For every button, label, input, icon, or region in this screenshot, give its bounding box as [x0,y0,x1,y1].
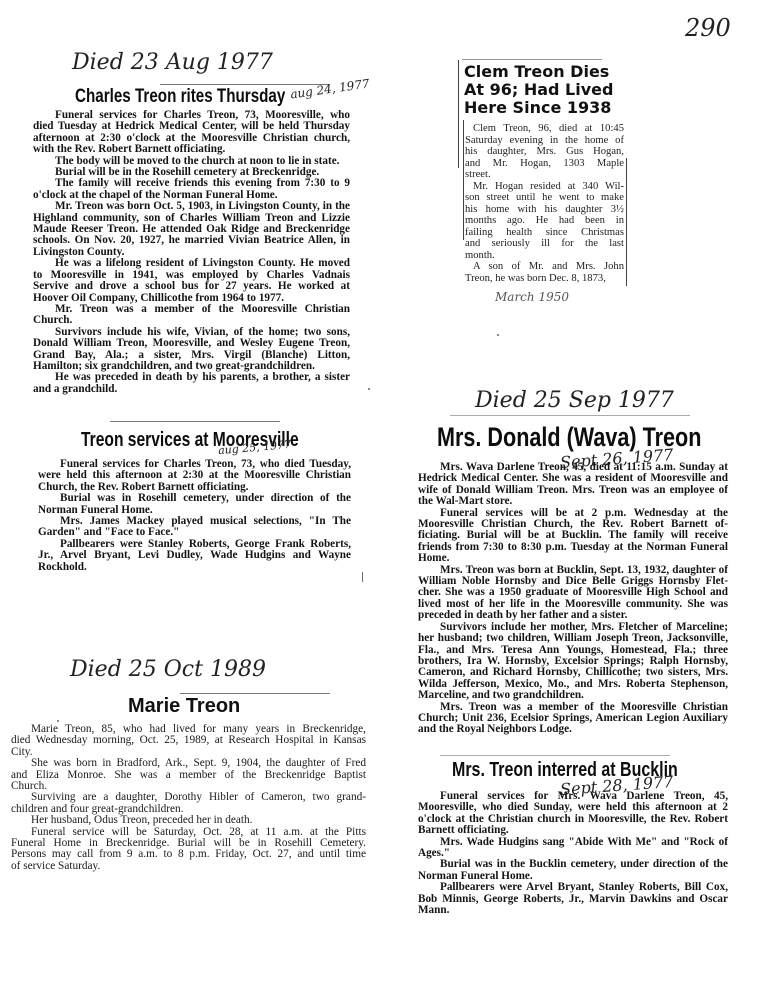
article-line: the Wal-Mart store. [418,496,728,507]
article-line: and a grandchild. [33,384,350,395]
clipping-border [626,158,627,286]
article-line: her husband; two children, William Josep… [418,633,728,644]
article-line: Mr. Treon was born Oct. 5, 1903, in Livi… [33,201,350,212]
scan-speck [362,572,363,582]
charles-handwritten-date: Died 23 Aug 1977 [72,50,273,75]
article-line: Pallbearers were Arvel Bryant, Stanley R… [418,882,728,893]
wava-handwritten-date: Died 25 Sep 1977 [475,388,674,413]
article-line: month. [465,250,624,262]
clem-headline-line: Here Since 1938 [464,99,613,117]
divider [180,693,330,694]
article-line: Barnett officiating. [418,825,728,836]
clem-headline-line: Clem Treon Dies [464,63,613,81]
divider [462,59,602,60]
article-line: Mann. [418,905,728,916]
article-line: Her husband, Odus Treon, preceded her in… [11,815,366,826]
article-line: Cameron, and Richard Hornsby, Chillicoth… [418,667,728,678]
article-line: Saturday evening in the home of [465,135,624,147]
clem-headline-line: At 96; Had Lived [464,81,613,99]
article-line: and Eliza Monroe. She was a member of th… [11,770,366,781]
divider [450,415,690,416]
page-number: 290 [685,14,731,42]
article-line: Jr., Arvel Bryant, Levi Dudley, Wade Hud… [38,550,351,561]
article-line: and seriously ill for the last [465,238,624,250]
article-line: preceded in death by her father and a si… [418,610,728,621]
wava-interred-article: Funeral services for Mrs. Wava Darlene T… [418,791,728,916]
article-line: died Wednesday morning, Oct. 25, 1989, a… [11,735,366,746]
article-line: Mrs. Wade Hudgins sang "Abide With Me" a… [418,837,728,848]
article-line: and the Royal Neighbors Lodge. [418,724,728,735]
marie-article: Marie Treon, 85, who had lived for many … [11,724,366,872]
clipping-border [463,120,464,240]
divider [110,421,280,422]
article-line: Treon, he was born Dec. 8, 1873, [465,273,624,285]
article-line: and Mr. Hogan, 1303 Maple [465,158,624,170]
article-line: Rockhold. [38,562,351,573]
charles-rites-article: Funeral services for Charles Treon, 73, … [33,110,350,395]
article-line: Mr. Hogan resided at 340 Wil- [465,181,624,193]
article-line: Mr. Treon was a member of the Mooresvill… [33,304,350,315]
article-line: Donald William Treon, Mooresville, and W… [33,338,350,349]
article-line: Marceline, and two grandchildren. [418,690,728,701]
article-line: with the Rev. Robert Barnett officiating… [33,144,350,155]
charles-rites-handwritten-pub-date: aug 24, 1977 [289,77,370,102]
article-line: failing health since Christmas [465,227,624,239]
article-line: son street until he went to make [465,192,624,204]
article-line: his home with his daughter 3½ [465,204,624,216]
marie-headline: Marie Treon [128,695,240,718]
charles-services-article: Funeral services for Charles Treon, 73, … [38,459,351,573]
clipping-border [458,60,459,168]
clem-handwritten-pub-date: March 1950 [495,290,569,304]
article-line: street. [465,169,624,181]
article-line: A son of Mr. and Mrs. John [465,261,624,273]
article-line: his daughter, Mrs. Gus Hogan, [465,146,624,158]
marie-handwritten-date: Died 25 Oct 1989 [70,657,266,682]
scan-speck [57,720,59,722]
article-line: Burial was in Rosehill cemetery, under d… [38,493,351,504]
article-line: friends from 7:30 to 8:30 p.m. Tuesday a… [418,542,728,553]
scan-speck [368,388,370,390]
article-line: of service Saturday. [11,861,366,872]
clem-headline: Clem Treon Dies At 96; Had Lived Here Si… [464,63,613,117]
article-line: months ago. He had been in [465,215,624,227]
article-line: Clem Treon, 96, died at 10:45 [465,123,624,135]
clem-article: Clem Treon, 96, died at 10:45Saturday ev… [465,123,624,284]
article-line: She was born in Bradford, Ark., Sept. 9,… [11,758,366,769]
scan-speck [497,334,499,336]
divider [440,755,670,756]
article-line: He was a lifelong resident of Livingston… [33,258,350,269]
article-line: Church. [33,315,350,326]
article-line: Servive and drove a school bus for 27 ye… [33,281,350,292]
wava-article: Mrs. Wava Darlene Treon, 45, died at 11:… [418,462,728,736]
article-line: Home. [418,553,728,564]
charles-rites-headline: Charles Treon rites Thursday [75,86,285,108]
article-line: Bob Minnis, George Roberts, Jr., Marvin … [418,894,728,905]
